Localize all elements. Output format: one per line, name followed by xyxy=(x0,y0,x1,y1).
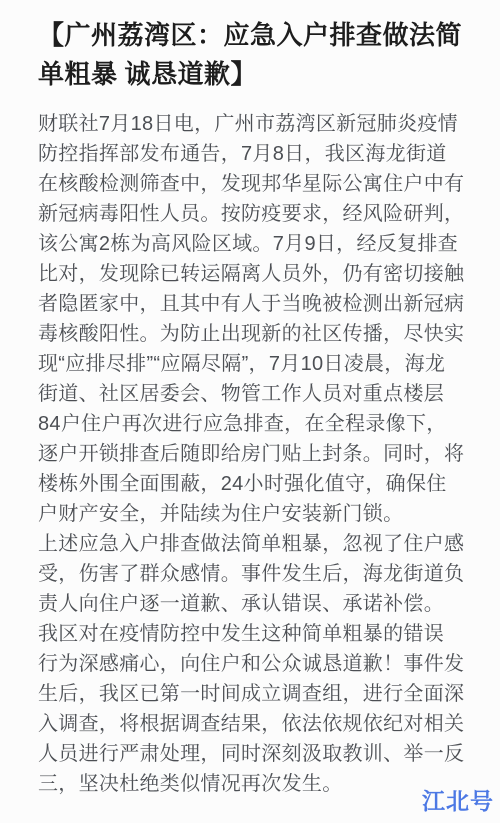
text-line: 者隐匿家中，且其中有人于当晚被检测出新冠病 xyxy=(38,289,466,319)
article-content: 【广州荔湾区：应急入户排查做法简单粗暴 诚恳道歉】 财联社7月18日电，广州市荔… xyxy=(38,16,466,799)
text-line: 毒核酸阳性。为防止出现新的社区传播，尽快实 xyxy=(38,319,466,349)
text-line: 人员进行严肃处理，同时深刻汲取教训、举一反 xyxy=(38,739,466,769)
article-title: 【广州荔湾区：应急入户排查做法简单粗暴 诚恳道歉】 xyxy=(38,16,466,94)
text-line: 入调查，将根据调查结果，依法依规依纪对相关 xyxy=(38,709,466,739)
title-line: 【广州荔湾区：应急入户排查做法简 xyxy=(38,16,466,55)
text-line: 在核酸检测筛查中，发现邦华星际公寓住户中有 xyxy=(38,169,466,199)
text-line: 现“应排尽排”“应隔尽隔”，7月10日凌晨，海龙 xyxy=(38,349,466,379)
text-line: 我区对在疫情防控中发生这种简单粗暴的错误 xyxy=(38,619,466,649)
text-line: 街道、社区居委会、物管工作人员对重点楼层 xyxy=(38,379,466,409)
text-line: 84户住户再次进行应急排查，在全程录像下， xyxy=(38,409,466,439)
paragraph: 上述应急入户排查做法简单粗暴，忽视了住户感受，伤害了群众感情。事件发生后，海龙街… xyxy=(38,529,466,619)
text-line: 上述应急入户排查做法简单粗暴，忽视了住户感 xyxy=(38,529,466,559)
text-line: 三，坚决杜绝类似情况再次发生。 xyxy=(38,769,466,799)
paragraph: 我区对在疫情防控中发生这种简单粗暴的错误行为深感痛心，向住户和公众诚恳道歉！事件… xyxy=(38,619,466,799)
title-line: 单粗暴 诚恳道歉】 xyxy=(38,55,466,94)
text-line: 防控指挥部发布通告，7月8日，我区海龙街道 xyxy=(38,139,466,169)
text-line: 逐户开锁排查后随即给房门贴上封条。同时，将 xyxy=(38,439,466,469)
text-line: 受，伤害了群众感情。事件发生后，海龙街道负 xyxy=(38,559,466,589)
text-line: 行为深感痛心，向住户和公众诚恳道歉！事件发 xyxy=(38,649,466,679)
text-line: 比对，发现除已转运隔离人员外，仍有密切接触 xyxy=(38,259,466,289)
text-line: 该公寓2栋为高风险区域。7月9日，经反复排查 xyxy=(38,229,466,259)
paragraph: 财联社7月18日电，广州市荔湾区新冠肺炎疫情防控指挥部发布通告，7月8日，我区海… xyxy=(38,109,466,529)
text-line: 生后，我区已第一时间成立调查组，进行全面深 xyxy=(38,679,466,709)
text-line: 责人向住户逐一道歉、承认错误、承诺补偿。 xyxy=(38,589,466,619)
article-page: 【广州荔湾区：应急入户排查做法简单粗暴 诚恳道歉】 财联社7月18日电，广州市荔… xyxy=(0,0,500,823)
text-line: 楼栋外围全面围蔽，24小时强化值守，确保住 xyxy=(38,469,466,499)
text-line: 新冠病毒阳性人员。按防疫要求，经风险研判， xyxy=(38,199,466,229)
text-line: 财联社7月18日电，广州市荔湾区新冠肺炎疫情 xyxy=(38,109,466,139)
watermark-jiangbeihao: 江北号 xyxy=(422,783,494,816)
article-body: 财联社7月18日电，广州市荔湾区新冠肺炎疫情防控指挥部发布通告，7月8日，我区海… xyxy=(38,109,466,799)
text-line: 户财产安全，并陆续为住户安装新门锁。 xyxy=(38,499,466,529)
